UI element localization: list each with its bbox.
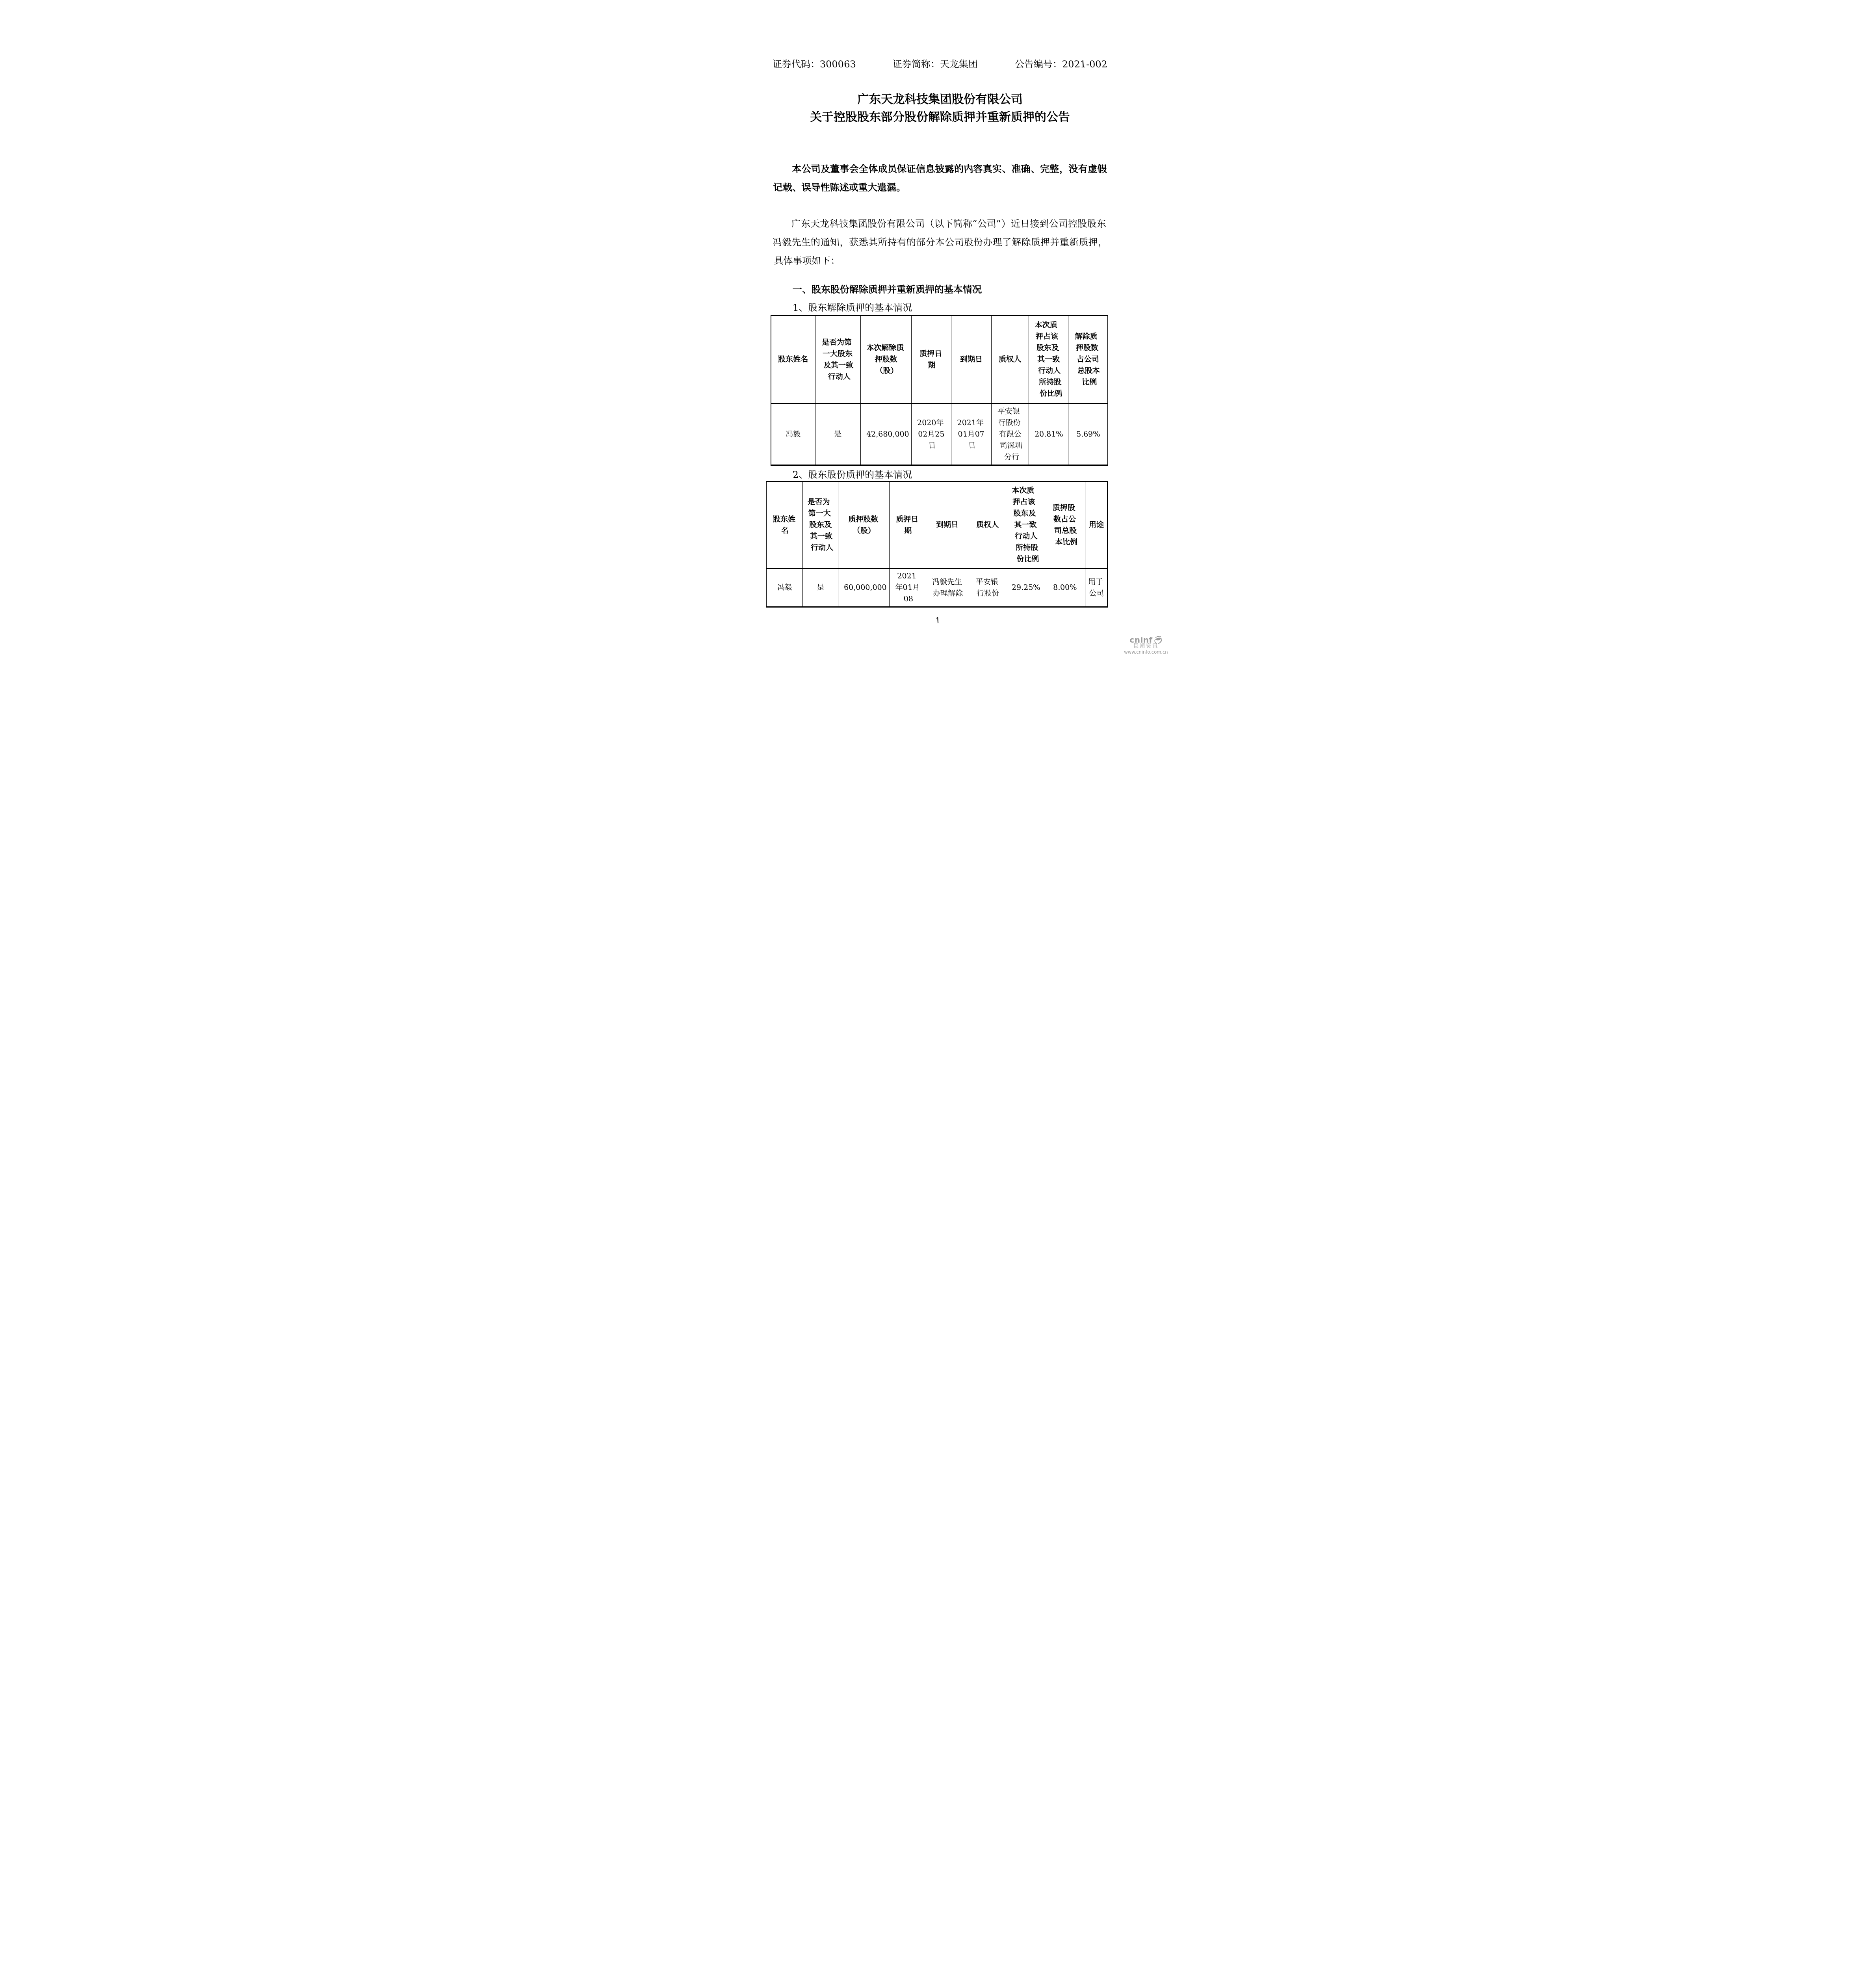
intro-paragraph: 广东天龙科技集团股份有限公司（以下简称“公司”）近日接到公司控股股东冯毅先生的通… bbox=[771, 215, 1109, 270]
pledge-table-header-row: 股东姓名 是否为第一大股东及其一致行动人 质押股数（股） 质押日期 到期日 质权… bbox=[766, 482, 1107, 569]
pledge-table-data-row: 冯毅 是 60,000,000 2021年01月08 冯毅先生办理解除 平安银行… bbox=[766, 569, 1107, 607]
cninfo-chinese-name: 巨潮资讯 bbox=[1122, 643, 1170, 649]
release-table-header-row: 股东姓名 是否为第一大股东及其一致行动人 本次解除质押股数（股） 质押日期 到期… bbox=[771, 316, 1108, 404]
subsection-1-heading: 1、股东解除质押的基本情况 bbox=[772, 299, 1108, 317]
pledge-td-purpose: 用于公司 bbox=[1085, 569, 1107, 607]
release-th-pct-of-holder-shares: 本次质押占该股东及其一致行动人所持股份比例 bbox=[1029, 316, 1068, 404]
page-number: 1 bbox=[704, 616, 1172, 625]
pledge-td-pledge-date: 2021年01月08 bbox=[890, 569, 926, 607]
pledge-th-pct-of-total-capital: 质押股数占公司总股本比例 bbox=[1045, 482, 1085, 569]
release-td-shares-released: 42,680,000 bbox=[860, 404, 911, 465]
cninfo-url: www.cninfo.com.cn bbox=[1122, 650, 1170, 655]
release-td-pct-of-holder-shares: 20.81% bbox=[1029, 404, 1068, 465]
release-td-is-largest-shareholder: 是 bbox=[815, 404, 860, 465]
section-1-heading: 一、股东股份解除质押并重新质押的基本情况 bbox=[772, 280, 1108, 299]
subsection-2-heading: 2、股东股份质押的基本情况 bbox=[772, 466, 1108, 484]
announcement-page: 证券代码：300063 证券简称：天龙集团 公告编号：2021-002 广东天龙… bbox=[704, 0, 1172, 663]
release-td-pledge-date: 2020年02月25日 bbox=[912, 404, 951, 465]
pledge-th-shareholder-name: 股东姓名 bbox=[766, 482, 803, 569]
release-td-pledgee: 平安银行股份有限公司深圳分行 bbox=[991, 404, 1029, 465]
release-th-pledge-date: 质押日期 bbox=[912, 316, 951, 404]
new-pledge-table: 股东姓名 是否为第一大股东及其一致行动人 质押股数（股） 质押日期 到期日 质权… bbox=[766, 481, 1108, 608]
release-td-shareholder-name: 冯毅 bbox=[771, 404, 815, 465]
pledge-th-purpose: 用途 bbox=[1085, 482, 1107, 569]
announcement-number: 公告编号：2021-002 bbox=[1014, 58, 1108, 70]
release-td-pct-of-total-capital: 5.69% bbox=[1068, 404, 1108, 465]
pledge-th-pledge-date: 质押日期 bbox=[890, 482, 926, 569]
release-pledge-table: 股东姓名 是否为第一大股东及其一致行动人 本次解除质押股数（股） 质押日期 到期… bbox=[771, 315, 1108, 466]
release-td-maturity-date: 2021年01月07日 bbox=[951, 404, 991, 465]
pledge-td-pledgee: 平安银行股份 bbox=[969, 569, 1006, 607]
release-th-shareholder-name: 股东姓名 bbox=[771, 316, 815, 404]
pledge-th-maturity-date: 到期日 bbox=[926, 482, 969, 569]
release-th-pct-of-total-capital: 解除质押股数占公司总股本比例 bbox=[1068, 316, 1108, 404]
pledge-td-shareholder-name: 冯毅 bbox=[766, 569, 803, 607]
stock-code: 证券代码：300063 bbox=[772, 58, 856, 70]
pledge-th-shares-pledged: 质押股数（股） bbox=[838, 482, 890, 569]
cninfo-watermark: cninf 巨潮资讯 www.cninfo.com.cn bbox=[1122, 635, 1170, 655]
pledge-th-is-largest-shareholder: 是否为第一大股东及其一致行动人 bbox=[803, 482, 838, 569]
board-declaration-paragraph: 本公司及董事会全体成员保证信息披露的内容真实、准确、完整，没有虚假记载、误导性陈… bbox=[771, 160, 1109, 197]
pledge-td-maturity-date: 冯毅先生办理解除 bbox=[926, 569, 969, 607]
company-name-title: 广东天龙科技集团股份有限公司 bbox=[772, 91, 1108, 108]
stock-short-name: 证券简称：天龙集团 bbox=[892, 58, 978, 70]
pledge-td-pct-of-total-capital: 8.00% bbox=[1045, 569, 1085, 607]
release-table-data-row: 冯毅 是 42,680,000 2020年02月25日 2021年01月07日 … bbox=[771, 404, 1108, 465]
release-th-is-largest-shareholder: 是否为第一大股东及其一致行动人 bbox=[815, 316, 860, 404]
announcement-title: 关于控股股东部分股份解除质押并重新质押的公告 bbox=[772, 108, 1108, 126]
release-th-pledgee: 质权人 bbox=[991, 316, 1029, 404]
pledge-td-shares-pledged: 60,000,000 bbox=[838, 569, 890, 607]
pledge-th-pct-of-holder-shares: 本次质押占该股东及其一致行动人所持股份比例 bbox=[1006, 482, 1045, 569]
pledge-th-pledgee: 质权人 bbox=[969, 482, 1006, 569]
release-th-shares-released: 本次解除质押股数（股） bbox=[860, 316, 911, 404]
pledge-td-is-largest-shareholder: 是 bbox=[803, 569, 838, 607]
securities-header-line: 证券代码：300063 证券简称：天龙集团 公告编号：2021-002 bbox=[773, 58, 1107, 70]
pledge-td-pct-of-holder-shares: 29.25% bbox=[1006, 569, 1045, 607]
release-th-maturity-date: 到期日 bbox=[951, 316, 991, 404]
